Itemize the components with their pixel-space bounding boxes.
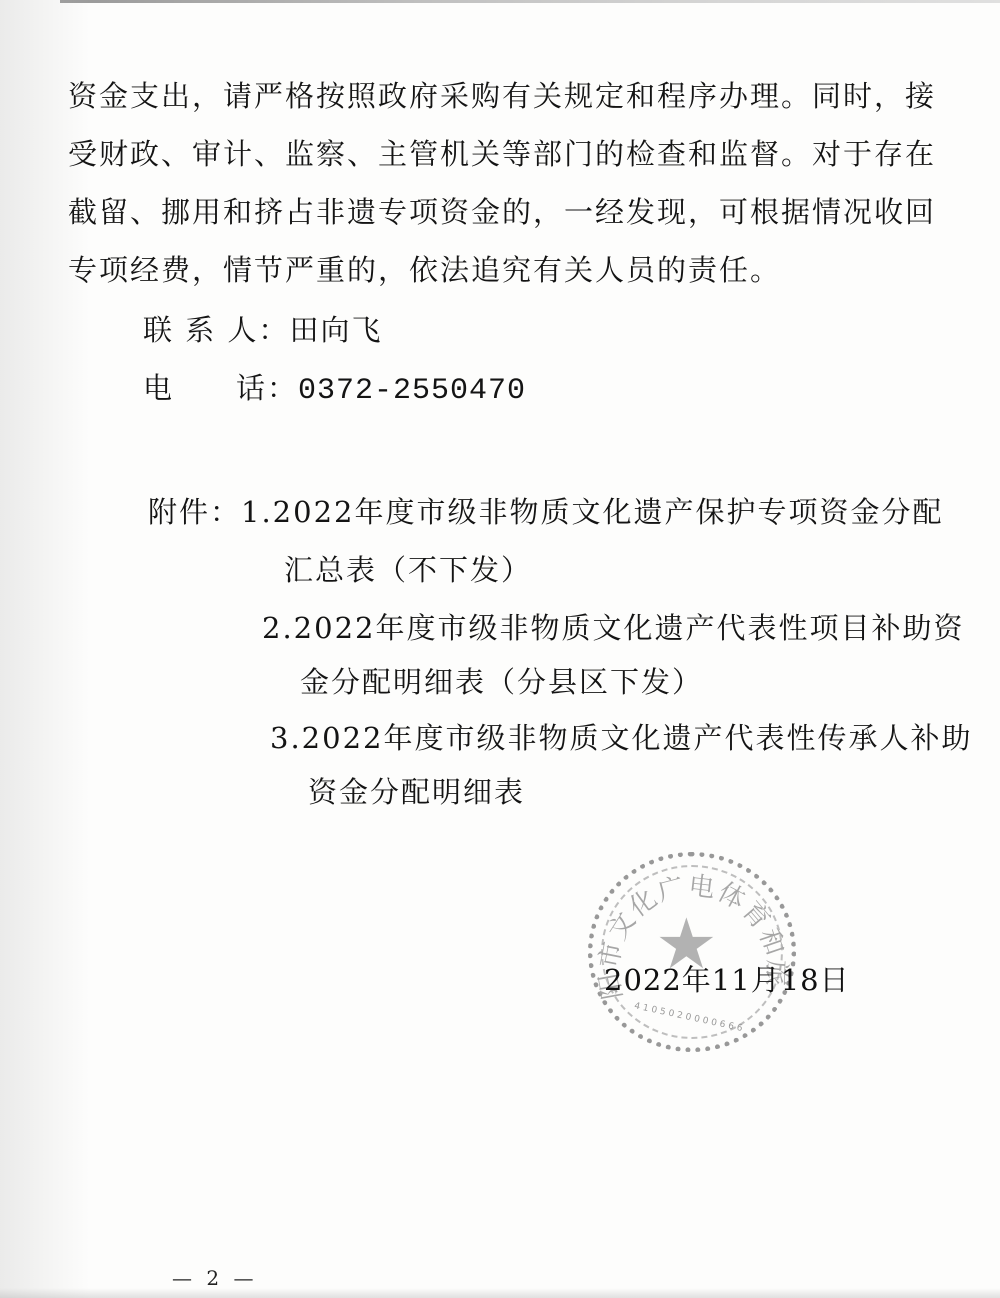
attachments-label: 附件：: [148, 495, 241, 529]
scan-shadow-bottom: [0, 1288, 1000, 1298]
attachment-item-1-line1: 1.2022年度市级非物质文化遗产保护专项资金分配: [241, 495, 943, 529]
attachment-item-3-line1: 3.2022年度市级非物质文化遗产代表性传承人补助: [270, 720, 972, 756]
document-date: 2022年11月18日: [604, 962, 850, 998]
official-seal: 阳市文化广电体育和旅游局 ★ 4105020000666: [588, 852, 796, 1052]
scan-edge-top: [60, 0, 1000, 3]
attachment-item-1: 附件：1.2022年度市级非物质文化遗产保护专项资金分配: [148, 494, 944, 530]
contact-person-row: 联 系 人：田向飞: [143, 312, 382, 348]
paragraph-line: 受财政、审计、监察、主管机关等部门的检查和监督。对于存在: [68, 136, 936, 172]
contact-phone-value: 0372-2550470: [298, 374, 526, 408]
contact-phone-row: 电 话：0372-2550470: [143, 370, 526, 409]
attachment-item-3-line2: 资金分配明细表: [308, 774, 525, 810]
attachment-item-2-line1: 2.2022年度市级非物质文化遗产代表性项目补助资: [262, 610, 964, 646]
attachment-item-2-line2: 金分配明细表（分县区下发）: [300, 664, 703, 700]
attachment-item-1-line2: 汇总表（不下发）: [284, 552, 532, 588]
contact-phone-label: 电 话：: [143, 370, 298, 406]
paragraph-line: 截留、挪用和挤占非遗专项资金的，一经发现，可根据情况收回: [68, 194, 936, 230]
paragraph-line: 专项经费，情节严重的，依法追究有关人员的责任。: [68, 252, 781, 288]
page-number: — 2 —: [172, 1266, 257, 1290]
paragraph-line: 资金支出，请严格按照政府采购有关规定和程序办理。同时，接: [68, 78, 936, 114]
contact-person-value: 田向飞: [289, 313, 382, 347]
contact-person-label: 联 系 人：: [143, 312, 289, 348]
